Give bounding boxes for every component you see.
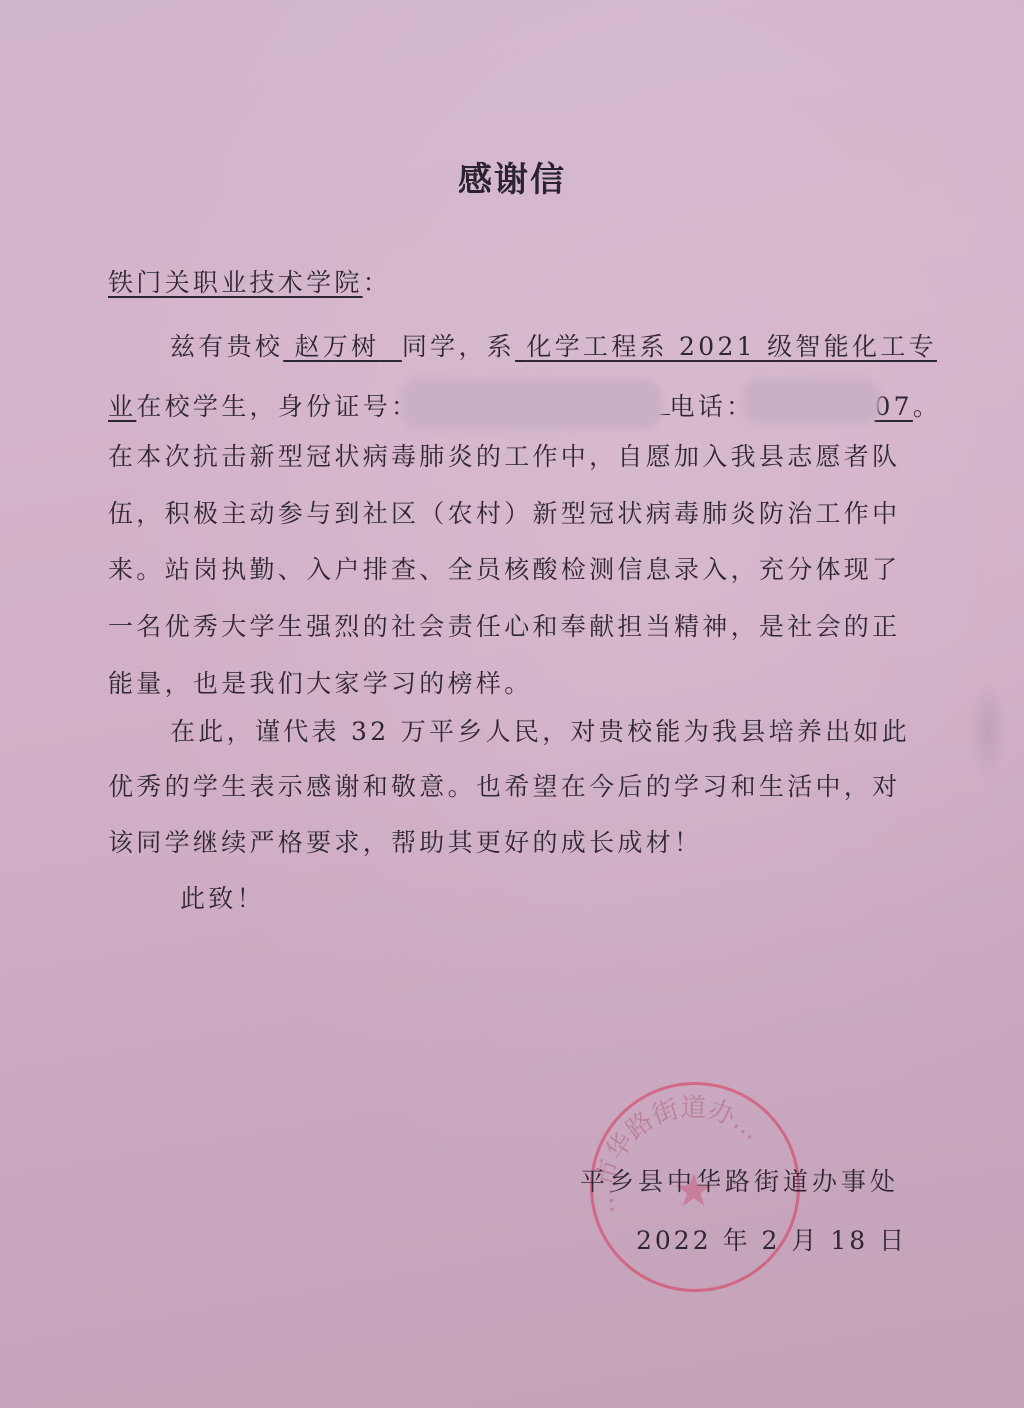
student-name-value: 赵万树 (294, 332, 379, 361)
paper-smudge (968, 680, 1008, 780)
text-middle: 同学，系 (402, 332, 515, 361)
redaction-phone (742, 378, 880, 424)
closing: 此致！ (180, 882, 265, 916)
paragraph2-line1: 在此，谨代表 32 万平乡人民，对贵校能为我县培养出如此 (170, 715, 910, 749)
letter-title: 感谢信 (0, 152, 1024, 201)
salutation: 铁门关职业技术学院： (108, 266, 391, 300)
department-major-value: 化学工程系 2021 级智能化工专 (526, 332, 937, 361)
redaction-id-number (402, 378, 662, 430)
paragraph1-line5: 来。站岗执勤、入户排查、全员核酸检测信息录入，充分体现了 (108, 553, 900, 587)
student-name: 赵万树 (283, 332, 402, 361)
period: 。 (913, 392, 941, 421)
phone-tail: 07 (874, 392, 912, 421)
paragraph2-line2: 优秀的学生表示感谢和敬意。也希望在今后的学习和生活中，对 (108, 770, 900, 804)
paragraph1-line3: 在本次抗击新型冠状病毒肺炎的工作中，自愿加入我县志愿者队 (108, 440, 900, 474)
paragraph1-line6: 一名优秀大学生强烈的社会责任心和奉献担当精神，是社会的正 (108, 610, 900, 644)
text-prefix: 兹有贵校 (170, 332, 283, 361)
paragraph1-line4: 伍，积极主动参与到社区（农村）新型冠状病毒肺炎防治工作中 (108, 497, 900, 531)
paragraph2-line3: 该同学继续严格要求，帮助其更好的成长成材！ (108, 826, 702, 860)
signing-organization: 平乡县中华路街道办事处 (580, 1162, 899, 1198)
department-major: 化学工程系 2021 级智能化工专 (515, 332, 937, 361)
id-label: 在校学生，身份证号： (136, 392, 419, 421)
paragraph1-line7: 能量，也是我们大家学习的榜样。 (108, 667, 533, 701)
signing-date: 2022 年 2 月 18 日 (636, 1221, 907, 1257)
salutation-colon: ： (363, 268, 391, 297)
department-major-tail: 业 (108, 392, 136, 421)
recipient-school: 铁门关职业技术学院 (108, 268, 363, 297)
paragraph1-line1: 兹有贵校 赵万树 同学，系 化学工程系 2021 级智能化工专 (170, 330, 937, 364)
